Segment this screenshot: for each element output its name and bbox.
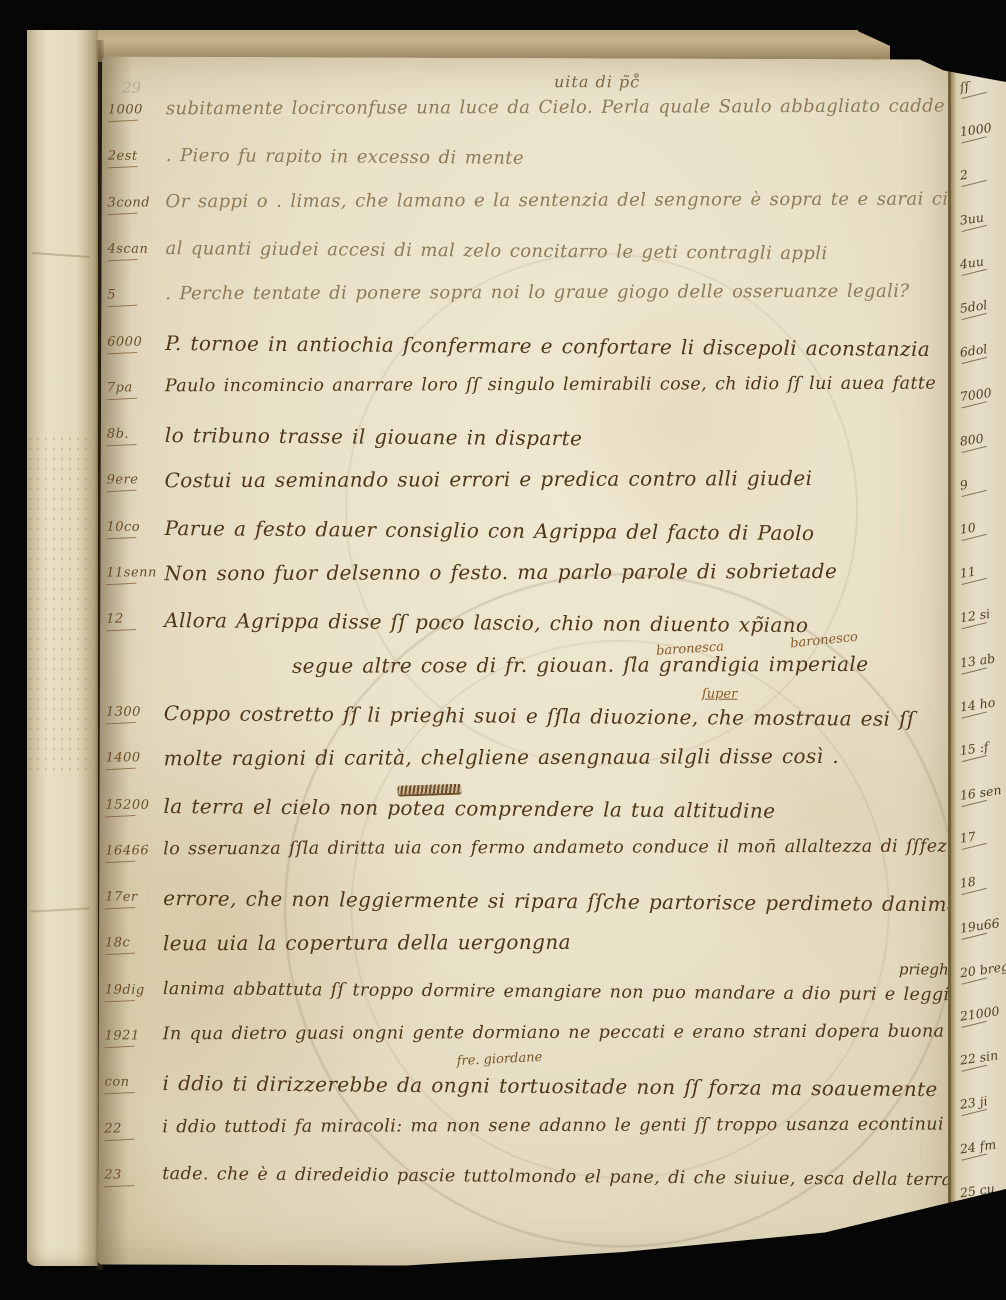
edge-number: ſſ bbox=[959, 76, 987, 97]
edge-number: 21000 bbox=[959, 1004, 1001, 1027]
line-number: 11senn bbox=[106, 565, 164, 584]
edge-number: 12 si bbox=[959, 606, 992, 628]
edge-number: 15 :f bbox=[959, 739, 990, 761]
vellum-crack bbox=[32, 252, 90, 258]
line-text: lo sseruanza ſſla diritta uia con fermo … bbox=[163, 836, 952, 859]
line-text: P. tornoe in antiochia ſconfermare e con… bbox=[165, 331, 930, 361]
line-text: subitamente locirconfuse una luce da Cie… bbox=[166, 96, 945, 120]
edge-number: 11 bbox=[959, 562, 987, 583]
photo-black-border bbox=[0, 0, 1006, 30]
line-number: 1400 bbox=[106, 750, 164, 769]
edge-number: 7000 bbox=[959, 385, 993, 407]
edge-number: 23 ji bbox=[959, 1093, 989, 1115]
pencil-number: 29 bbox=[122, 79, 141, 97]
line-number: 8b. bbox=[107, 427, 165, 446]
annotation-super: ſuper bbox=[702, 687, 737, 702]
edge-number: 800 bbox=[959, 430, 987, 451]
strikeout-scribble bbox=[397, 784, 461, 797]
line-number: 1921 bbox=[105, 1028, 163, 1047]
line-number: 23 bbox=[104, 1167, 162, 1186]
photo-black-border bbox=[0, 0, 27, 1300]
line-number: 3cond bbox=[108, 195, 166, 214]
edge-number: 10 bbox=[959, 518, 987, 539]
line-number: con bbox=[104, 1075, 162, 1094]
line-text: Paulo incomincio anarrare loro ſſ singul… bbox=[165, 373, 936, 396]
line-text: Parue a festo dauer consiglio con Agripp… bbox=[164, 516, 814, 545]
edge-number: 20 breg bbox=[959, 959, 1006, 984]
line-text: lo tribuno trasse il giouane in disparte bbox=[165, 423, 583, 450]
edge-number: 24 fm bbox=[959, 1136, 998, 1159]
edge-number: 13 ab bbox=[959, 650, 997, 673]
line-number: 22 bbox=[104, 1121, 162, 1140]
line-text: Non sono fuor delsenno o festo. ma parlo… bbox=[164, 559, 837, 585]
line-text: al quanti giudei accesi di mal zelo conc… bbox=[165, 238, 827, 264]
edge-number: 4uu bbox=[959, 253, 987, 274]
line-text: In qua dietro guasi ongni gente dormiano… bbox=[163, 1022, 945, 1045]
line-number: 18c bbox=[105, 936, 163, 955]
line-text: Coppo costretto ſſ li prieghi suoi e ſſl… bbox=[164, 701, 915, 731]
line-number: 4scan bbox=[107, 241, 165, 260]
line-text: . Perche tentate di ponere sopra noi lo … bbox=[165, 281, 909, 305]
vellum-crack bbox=[30, 907, 90, 912]
line-text: i ddio ti dirizzerebbe da ongni tortuosi… bbox=[162, 1071, 937, 1101]
line-text: Or sappi o . limas, che lamano e la sent… bbox=[165, 188, 952, 212]
next-page-edge: ſſ100023uu4uu5dol6dol70008009101112 si13… bbox=[948, 66, 1006, 1216]
edge-number: 14 ho bbox=[959, 694, 997, 717]
line-number: 12 bbox=[106, 612, 164, 631]
line-number: 1000 bbox=[108, 102, 166, 121]
line-text: . Piero fu rapito in excesso di mente bbox=[166, 145, 524, 169]
edge-number: 18 bbox=[959, 872, 987, 893]
edge-number: 5dol bbox=[959, 297, 989, 319]
line-text: segue altre cose di fr. giouan. ſla gran… bbox=[292, 651, 869, 677]
line-text: molte ragioni di carità, chelgliene asen… bbox=[164, 744, 839, 770]
line-number: 10co bbox=[106, 519, 164, 538]
line-number: 7pa bbox=[107, 380, 165, 399]
line-number: 2est bbox=[108, 149, 166, 168]
line-number: 5 bbox=[107, 287, 165, 306]
line-text: la terra el cielo non potea comprendere … bbox=[163, 794, 775, 823]
line-number: 15200 bbox=[105, 797, 163, 816]
line-number: 19dig bbox=[105, 982, 163, 1001]
line-text: leua uia la copertura della uergongna bbox=[163, 930, 571, 955]
manuscript-page: 29 uita di p̃c̊ 1000subitamente locircon… bbox=[98, 57, 952, 1268]
line-number: 17er bbox=[105, 890, 163, 909]
edge-number: 19u66 bbox=[959, 915, 1001, 938]
annotation-prieghi-catchword: prieghi bbox=[899, 960, 952, 978]
line-text: Costui ua seminando suoi errori e predic… bbox=[165, 466, 813, 492]
line-number: 6000 bbox=[107, 334, 165, 353]
edge-number: 2 bbox=[959, 165, 987, 186]
edge-number: 9 bbox=[959, 474, 987, 495]
line-number: 9ere bbox=[107, 473, 165, 492]
edge-number: 3uu bbox=[959, 209, 987, 230]
line-number: 16466 bbox=[105, 843, 163, 862]
line-text: i ddio tuttodi fa miracoli: ma non sene … bbox=[162, 1114, 944, 1137]
edge-number: 17 bbox=[959, 828, 987, 849]
line-text: Allora Agrippa disse ſſ poco lascio, chi… bbox=[164, 608, 808, 637]
manuscript-photo: 29 uita di p̃c̊ 1000subitamente locircon… bbox=[0, 0, 1006, 1300]
line-text: errore, che non leggiermente si ripara ſ… bbox=[163, 886, 952, 916]
edge-number: 16 sen bbox=[959, 782, 1003, 806]
vellum-speckle-texture bbox=[26, 434, 98, 774]
binding-edge bbox=[26, 4, 98, 1266]
edge-number: 6dol bbox=[959, 341, 989, 363]
line-number: 1300 bbox=[106, 704, 164, 723]
edge-number: 22 sin bbox=[959, 1048, 999, 1071]
edge-number: 1000 bbox=[959, 120, 993, 142]
page-title: uita di p̃c̊ bbox=[554, 72, 640, 91]
